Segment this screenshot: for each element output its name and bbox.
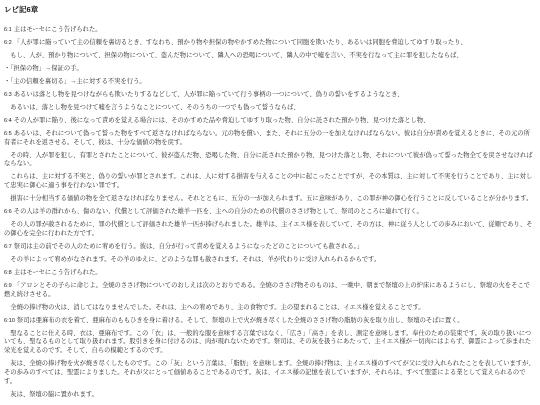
commentary-paragraph: その時、人が罪を犯し、有罪とされたことについて、彼が盗んだ物、恐喝した物、自分に…	[4, 152, 535, 170]
verse-paragraph: 6:10祭司は亜麻布の衣を着て、亜麻布のももひきを身に着ける。そして、祭壇の上で…	[4, 317, 535, 326]
verse-text: あるいは、それについて偽って誓った物をすべて返さなければならない。元の物を償い、…	[4, 130, 530, 146]
verse-text: 「人が罪に陥っていて主の信頼を裏切るとき、すなわち、預かり物や担保の物やかすめた…	[14, 39, 467, 46]
commentary-paragraph: 損害に十分相当する価値の物を全て返さなければなりません。それとともに、五分の一が…	[4, 195, 535, 204]
commentary-paragraph: 灰は、全焼の捧げ物を火が焼き尽くしたものです。この「灰」という言葉は、「脂肪」を…	[4, 360, 535, 386]
verse-number: 6:5	[4, 131, 12, 137]
verse-paragraph: 6:8主はモーセにこう告げられた。	[4, 269, 535, 278]
verse-number: 6:9	[4, 283, 12, 289]
verse-text: 祭司は主の前でその人のために宥めを行う。彼は、自分が行って責めを覚えるようになっ…	[14, 243, 363, 250]
commentary-paragraph: 灰は、祭壇の脇に置かれます。	[4, 391, 535, 400]
verse-text: 主はモーセにこう告げられた。	[14, 269, 102, 276]
note-item: ・「主の信頼を裏切る」→主に対する不実を行う。	[4, 78, 535, 87]
verse-text: 祭司は亜麻布の衣を着て、亜麻布のももひきを身に着ける。そして、祭壇の上で火が焼き…	[17, 317, 464, 324]
verse-paragraph: 6:1主はモーセにこう告げられた。	[4, 26, 535, 35]
verse-number: 6:8	[4, 270, 12, 276]
verse-number: 6:2	[4, 40, 12, 46]
verse-text: あるいは落とし物を見つけながらも欺いたりするなどして、人が罪に陥っていて行う事柄…	[14, 91, 404, 98]
verse-number: 6:4	[4, 118, 12, 124]
verse-paragraph: 6:9「アロンとその子らに命じよ。全焼のささげ物についてのおしえは次のとおりであ…	[4, 282, 535, 300]
document-page: レビ記6章 6:1主はモーセにこう告げられた。 6:2「人が罪に陥っていて主の信…	[4, 4, 535, 400]
verse-paragraph: 6:2「人が罪に陥っていて主の信頼を裏切るとき、すなわち、預かり物や担保の物やか…	[4, 39, 535, 48]
commentary-paragraph: これらは、主に対する不実と、偽りの誓いが罪とされます。これは、人に対する損害を与…	[4, 173, 535, 191]
verse-text: 主はモーセにこう告げられた。	[14, 26, 102, 33]
verse-paragraph: 6:6その人は羊の群れから、傷のない、代償として評価された雄羊一匹を、主への自分…	[4, 208, 535, 217]
verse-text: その人は羊の群れから、傷のない、代償として評価された雄羊一匹を、主への自分のため…	[14, 208, 423, 215]
commentary-paragraph: その人の罪が赦されるために、罪の代償として評価された雄羊一匹が捧げられました。雄…	[4, 221, 535, 239]
commentary-paragraph: もし、人が、預かり物について、担保の物について、盗んだ物について、隣人への恐喝に…	[4, 52, 535, 61]
note-item: ・「担保の物」→保証の手。	[4, 65, 535, 74]
verse-number: 6:6	[4, 209, 12, 215]
verse-paragraph: 6:5あるいは、それについて偽って誓った物をすべて返さなければならない。元の物を…	[4, 130, 535, 148]
commentary-paragraph: 聖なることに仕える時、衣は、亜麻布です。この「衣」は、一般的な服を意味する言葉で…	[4, 330, 535, 356]
verse-paragraph: 6:4その人が罪に陥り、後になって責めを覚える場合には、そのかすめた品や脅迫して…	[4, 117, 535, 126]
verse-number: 6:3	[4, 92, 12, 98]
verse-number: 6:10	[4, 318, 15, 324]
verse-paragraph: 6:3あるいは落とし物を見つけながらも欺いたりするなどして、人が罪に陥っていて行…	[4, 91, 535, 100]
verse-number: 6:7	[4, 244, 12, 250]
commentary-paragraph: あるいは、落とし物を見つけて嘘を言うようなことについて、そのうちの一つでも偽って…	[4, 104, 535, 113]
page-title: レビ記6章	[4, 4, 535, 15]
verse-paragraph: 6:7祭司は主の前でその人のために宥めを行う。彼は、自分が行って責めを覚えるよう…	[4, 243, 535, 252]
commentary-paragraph: その羊によって宥めがなされます。その羊のゆえに、どのような罪も赦されます。それは…	[4, 256, 535, 265]
verse-text: その人が罪に陥り、後になって責めを覚える場合には、そのかすめた品や脅迫してゆすり…	[14, 117, 430, 124]
verse-number: 6:1	[4, 27, 12, 33]
verse-text: 「アロンとその子らに命じよ。全焼のささげ物についてのおしえは次のとおりである。全…	[4, 282, 530, 298]
commentary-paragraph: 全焼の捧げ物の火は、消してはなりませんでした。それは、主への宥めであり、主の食物…	[4, 304, 535, 313]
